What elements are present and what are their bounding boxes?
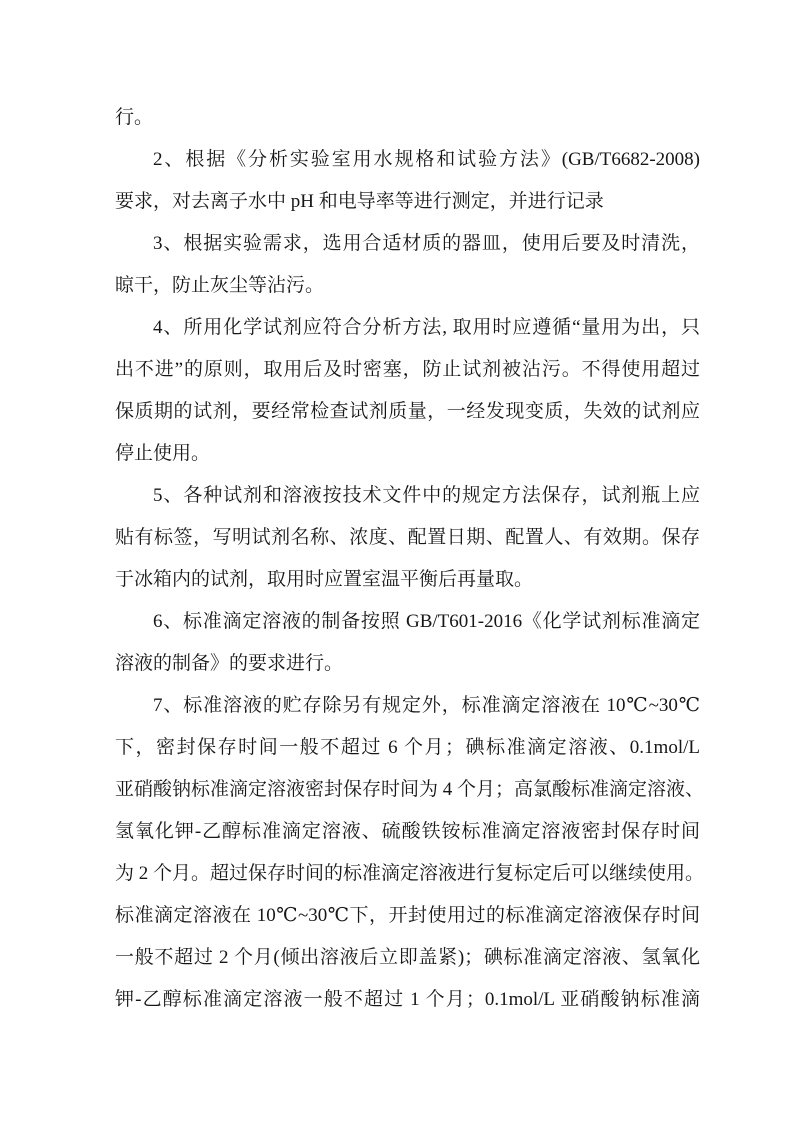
text-line: 保质期的试剂，要经常检查试剂质量，一经发现变质，失效的试剂应 (115, 391, 700, 433)
paragraph-item-2: 2、根据《分析实验室用水规格和试验方法》(GB/T6682-2008) 要求，对… (115, 139, 700, 223)
text-line: 晾干，防止灰尘等沾污。 (115, 265, 700, 307)
text-line: 溶液的制备》的要求进行。 (115, 643, 700, 685)
text-line: 为 2 个月。超过保存时间的标准滴定溶液进行复标定后可以继续使用。 (115, 853, 700, 895)
paragraph-item-7: 7、标准溶液的贮存除另有规定外，标准滴定溶液在 10℃~30℃ 下，密封保存时间… (115, 685, 700, 1021)
document-body: 行。 2、根据《分析实验室用水规格和试验方法》(GB/T6682-2008) 要… (115, 97, 700, 1021)
text-line: 出不进”的原则，取用后及时密塞，防止试剂被沾污。不得使用超过 (115, 349, 700, 391)
text-line: 6、标准滴定溶液的制备按照 GB/T601-2016《化学试剂标准滴定 (115, 601, 700, 643)
text-line: 停止使用。 (115, 433, 700, 475)
text-line: 贴有标签，写明试剂名称、浓度、配置日期、配置人、有效期。保存 (115, 517, 700, 559)
paragraph-item-6: 6、标准滴定溶液的制备按照 GB/T601-2016《化学试剂标准滴定 溶液的制… (115, 601, 700, 685)
text-line: 亚硝酸钠标准滴定溶液密封保存时间为 4 个月；高氯酸标准滴定溶液、 (115, 769, 700, 811)
text-line: 5、各种试剂和溶液按技术文件中的规定方法保存，试剂瓶上应 (115, 475, 700, 517)
text-line: 一般不超过 2 个月(倾出溶液后立即盖紧)；碘标准滴定溶液、氢氧化 (115, 937, 700, 979)
text-line: 下，密封保存时间一般不超过 6 个月；碘标准滴定溶液、0.1mol/L (115, 727, 700, 769)
document-page: 行。 2、根据《分析实验室用水规格和试验方法》(GB/T6682-2008) 要… (0, 0, 800, 1131)
text-line: 3、根据实验需求，选用合适材质的器皿，使用后要及时清洗， (115, 223, 700, 265)
text-line: 7、标准溶液的贮存除另有规定外，标准滴定溶液在 10℃~30℃ (115, 685, 700, 727)
text-line: 标准滴定溶液在 10℃~30℃下，开封使用过的标准滴定溶液保存时间 (115, 895, 700, 937)
text-line: 4、所用化学试剂应符合分析方法, 取用时应遵循“量用为出，只 (115, 307, 700, 349)
text-line: 行。 (115, 97, 700, 139)
paragraph-item-3: 3、根据实验需求，选用合适材质的器皿，使用后要及时清洗， 晾干，防止灰尘等沾污。 (115, 223, 700, 307)
text-line: 于冰箱内的试剂，取用时应置室温平衡后再量取。 (115, 559, 700, 601)
text-line: 2、根据《分析实验室用水规格和试验方法》(GB/T6682-2008) (115, 139, 700, 181)
paragraph-continuation: 行。 (115, 97, 700, 139)
paragraph-item-5: 5、各种试剂和溶液按技术文件中的规定方法保存，试剂瓶上应 贴有标签，写明试剂名称… (115, 475, 700, 601)
text-line: 钾-乙醇标准滴定溶液一般不超过 1 个月；0.1mol/L 亚硝酸钠标准滴 (115, 979, 700, 1021)
paragraph-item-4: 4、所用化学试剂应符合分析方法, 取用时应遵循“量用为出，只 出不进”的原则，取… (115, 307, 700, 475)
text-line: 要求，对去离子水中 pH 和电导率等进行测定，并进行记录 (115, 181, 700, 223)
text-line: 氢氧化钾-乙醇标准滴定溶液、硫酸铁铵标准滴定溶液密封保存时间 (115, 811, 700, 853)
